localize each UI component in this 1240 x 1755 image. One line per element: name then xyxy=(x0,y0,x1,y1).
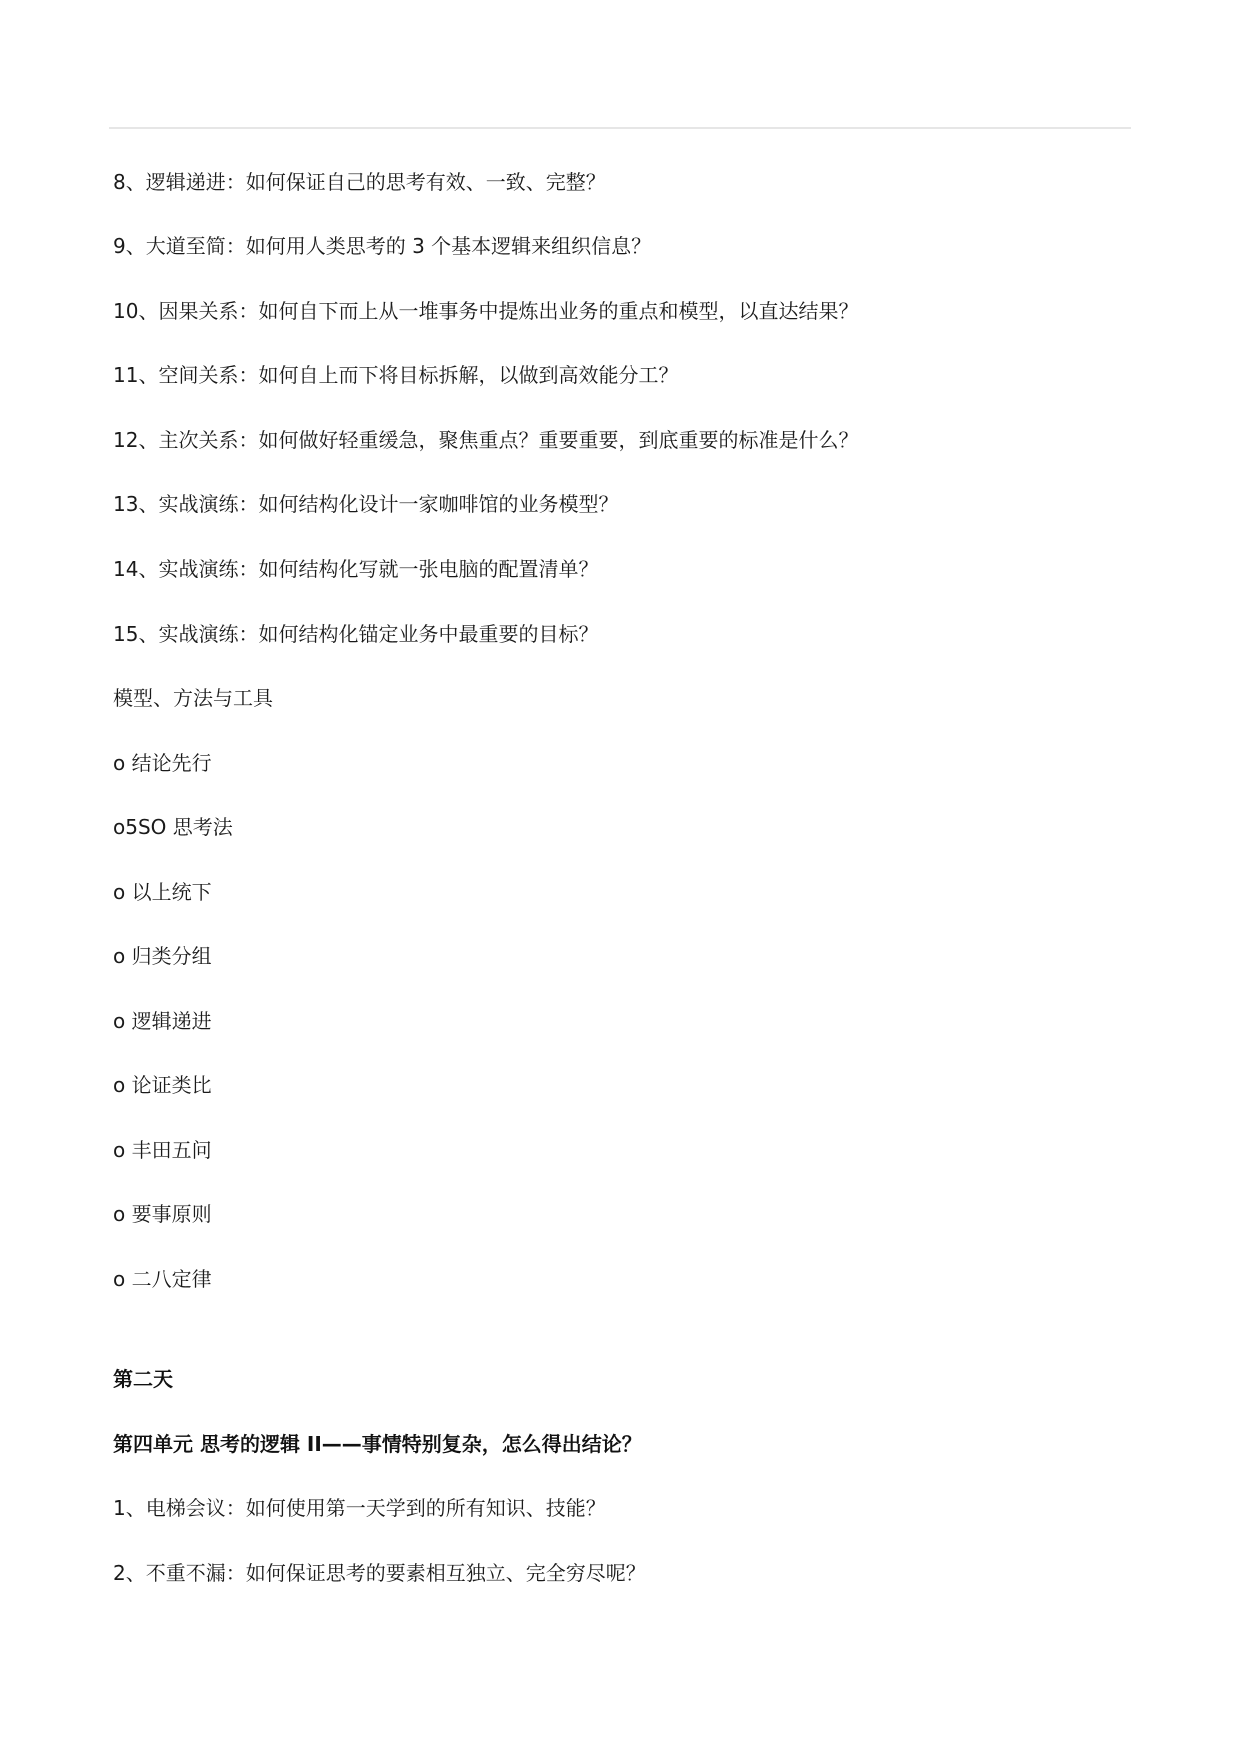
tool-list-item: o 以上统下 xyxy=(113,878,212,906)
tool-list-item: o 丰田五问 xyxy=(113,1136,212,1164)
tool-list-item: o 逻辑递进 xyxy=(113,1007,212,1035)
question-item: 2、不重不漏：如何保证思考的要素相互独立、完全穷尽呢？ xyxy=(113,1559,646,1587)
tool-list-item: o 要事原则 xyxy=(113,1200,212,1228)
question-item: 9、大道至简：如何用人类思考的 3 个基本逻辑来组织信息？ xyxy=(113,232,651,260)
question-item: 13、实战演练：如何结构化设计一家咖啡馆的业务模型？ xyxy=(113,490,618,518)
tool-list-item: o 归类分组 xyxy=(113,942,212,970)
question-item: 15、实战演练：如何结构化锚定业务中最重要的目标？ xyxy=(113,620,598,648)
tool-list-item: o 结论先行 xyxy=(113,749,212,777)
question-item: 14、实战演练：如何结构化写就一张电脑的配置清单？ xyxy=(113,555,598,583)
tool-list-item: o5SO 思考法 xyxy=(113,813,233,841)
question-item: 8、逻辑递进：如何保证自己的思考有效、一致、完整？ xyxy=(113,168,606,196)
question-item: 11、空间关系：如何自上而下将目标拆解，以做到高效能分工？ xyxy=(113,361,678,389)
question-item: 10、因果关系：如何自下而上从一堆事务中提炼出业务的重点和模型，以直达结果？ xyxy=(113,297,858,325)
question-item: 12、主次关系：如何做好轻重缓急，聚焦重点？重要重要，到底重要的标准是什么？ xyxy=(113,426,858,454)
unit-heading: 第四单元 思考的逻辑 II——事情特别复杂，怎么得出结论？ xyxy=(113,1430,642,1458)
question-item: 1、电梯会议：如何使用第一天学到的所有知识、技能？ xyxy=(113,1494,606,1522)
top-divider xyxy=(109,127,1131,129)
document-page: 8、逻辑递进：如何保证自己的思考有效、一致、完整？ 9、大道至简：如何用人类思考… xyxy=(0,0,1240,1755)
tool-list-item: o 论证类比 xyxy=(113,1071,212,1099)
tools-heading: 模型、方法与工具 xyxy=(113,684,273,712)
day-heading: 第二天 xyxy=(113,1365,173,1393)
tool-list-item: o 二八定律 xyxy=(113,1265,212,1293)
